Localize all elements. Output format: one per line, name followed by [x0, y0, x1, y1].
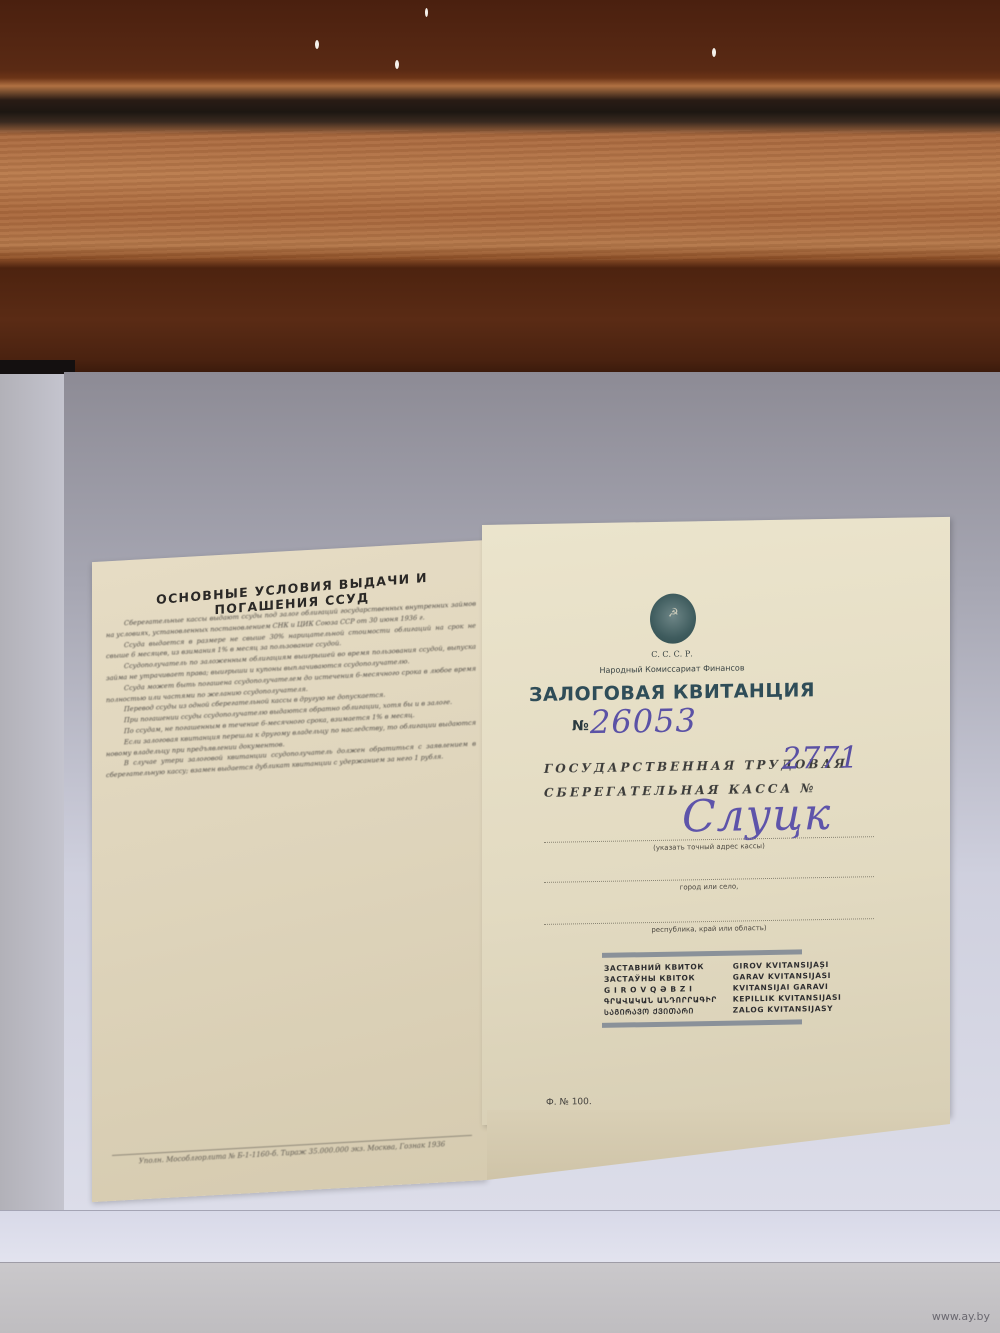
paint-speck	[395, 60, 399, 69]
bank-number-handwritten: 2771	[782, 740, 858, 776]
terms-body: Сберегательные кассы выдают ссуды под за…	[106, 599, 476, 782]
receipt-number-handwritten: 26053	[590, 701, 697, 741]
background-paper-edge	[0, 374, 64, 1210]
paint-speck	[712, 48, 716, 57]
paint-speck	[425, 8, 428, 17]
city-handwritten: Слуцк	[682, 789, 831, 843]
watermark: www.ay.by	[932, 1310, 990, 1323]
form-number: Ф. № 100.	[546, 1097, 592, 1108]
multilingual-title-block: ЗАСТАВНИЙ КВИТОК GIROV KVITANSIJAȘI ЗАСТ…	[602, 949, 802, 1027]
document-right-page: ☭ С. С. С. Р. Народный Комиссариат Финан…	[482, 517, 950, 1125]
address-caption: (указать точный адрес кассы)	[544, 840, 874, 854]
number-label: №	[572, 718, 589, 734]
region-caption: республика, край или область)	[544, 922, 874, 936]
translation: ᲡᲐᲒᲘᲠᲐᲕᲝ ᲥᲕᲘᲗᲐᲠᲘ	[604, 1005, 717, 1018]
translation: ZALOG KVITANSIJASY	[733, 1003, 842, 1016]
country-label: С. С. С. Р.	[482, 646, 862, 662]
paint-speck	[315, 40, 319, 49]
document-left-page: ОСНОВНЫЕ УСЛОВИЯ ВЫДАЧИ И ПОГАШЕНИЯ ССУД…	[92, 540, 487, 1202]
ministry-label: Народный Комиссариат Финансов	[482, 661, 862, 677]
city-caption: город или село,	[544, 880, 874, 894]
wooden-frame	[0, 0, 1000, 372]
ussr-coat-of-arms-icon: ☭	[650, 593, 696, 644]
table-surface	[0, 1262, 1000, 1333]
hammer-sickle-icon: ☭	[668, 606, 679, 620]
paper-stack-edge	[0, 1210, 1000, 1266]
wood-grain	[0, 130, 1000, 260]
printing-imprint: Уполн. Мособлгорлита № Б-1-1160-б. Тираж…	[112, 1135, 472, 1167]
